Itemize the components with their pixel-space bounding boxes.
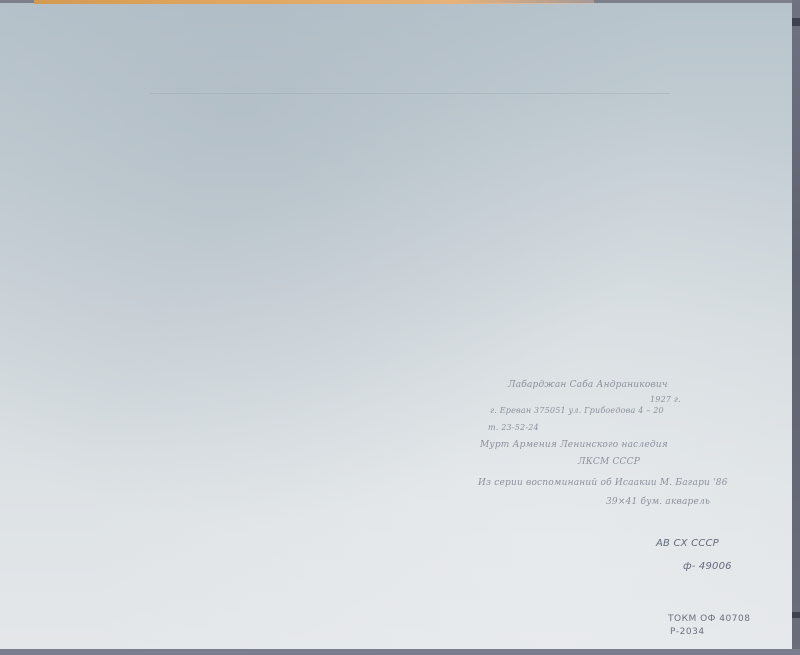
photo-scene: Лабарджан Саба Андраникович 1927 г. г. Е… xyxy=(0,0,800,655)
inscription-union-stamp: АВ СХ СССР xyxy=(656,538,719,549)
museum-inventory-number: ТОКМ ОФ 40708 xyxy=(668,614,750,624)
inscription-phone: т. 23-52-24 xyxy=(488,423,539,432)
inscription-series: Из серии воспоминаний об Исаакии М. Бага… xyxy=(478,478,728,488)
inscription-organization: ЛКСМ СССР xyxy=(578,457,640,467)
museum-registry-number: Р-2034 xyxy=(670,627,705,637)
pencil-inscriptions: Лабарджан Саба Андраникович 1927 г. г. Е… xyxy=(0,0,800,655)
inscription-address: г. Ереван 375051 ул. Грибоедова 4 – 20 xyxy=(490,406,664,415)
inscription-author: Лабарджан Саба Андраникович xyxy=(508,380,668,390)
inscription-size-medium: 39×41 бум. акварель xyxy=(606,497,710,507)
inscription-birth-year: 1927 г. xyxy=(650,395,681,404)
inscription-fund-number: ф- 49006 xyxy=(683,561,732,572)
inscription-title: Мурт Армения Ленинского наследия xyxy=(480,440,668,450)
